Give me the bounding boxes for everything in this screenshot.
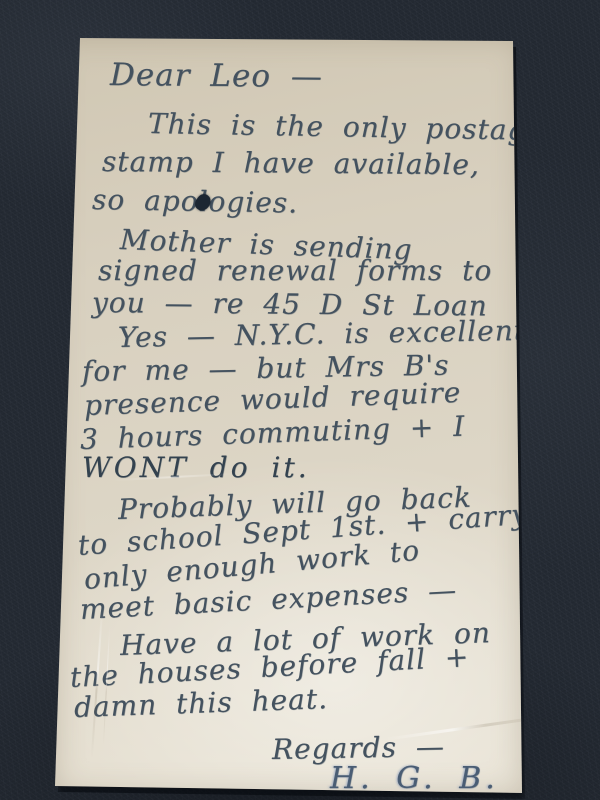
postcard: Dear Leo — This is the only postage stam… <box>54 36 522 794</box>
letter-line: This is the only postage <box>148 110 545 145</box>
letter-line: signed renewal forms to <box>98 257 492 285</box>
closing: Regards — <box>272 733 445 764</box>
letter-line: WONT do it. <box>82 454 310 482</box>
salutation: Dear Leo — <box>110 60 323 93</box>
photo-background: Dear Leo — This is the only postage stam… <box>0 0 600 800</box>
letter-line: stamp I have available, <box>102 148 480 179</box>
letter-line: Yes — N.Y.C. is excellent <box>118 317 526 352</box>
letter-line: damn this heat. <box>74 685 329 722</box>
signature: H. G. B. <box>330 764 499 794</box>
